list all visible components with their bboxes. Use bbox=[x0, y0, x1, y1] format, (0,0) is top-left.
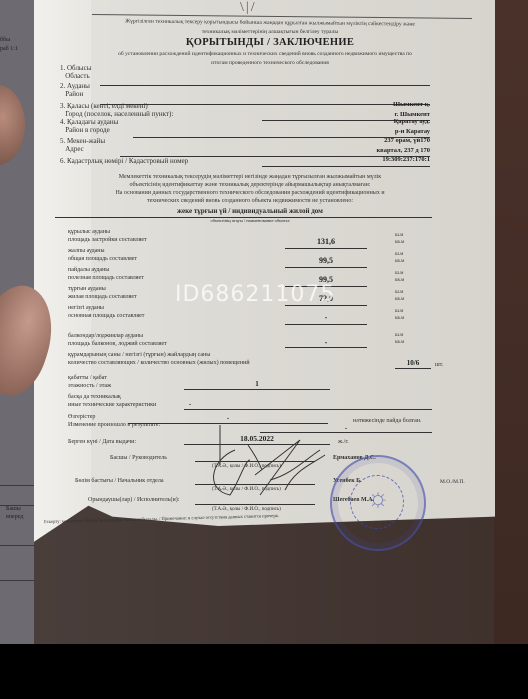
header-ru-line1: об установлении расхождений идентификаци… bbox=[55, 51, 475, 57]
unit-label: ш.м кв.м bbox=[395, 332, 404, 346]
address-value-kk: 237 орам, үй170 bbox=[330, 137, 430, 144]
city-district-value-ru: р-н Каратау bbox=[330, 128, 430, 135]
field-address: 5. Мекен-жайы Адрес bbox=[60, 137, 105, 153]
floors-value: 1 bbox=[184, 380, 330, 388]
total-area-value: 99,5 bbox=[285, 256, 367, 265]
area-row: пайдалы ауданыполезная площадь составляе… bbox=[68, 266, 144, 282]
field-line bbox=[262, 166, 430, 167]
value-line bbox=[285, 267, 367, 268]
header-ru-line2: итогам проведенного технического обследо… bbox=[60, 60, 480, 66]
watermark-id: ID686211075 bbox=[175, 282, 335, 307]
field-region: 1. Облысы Область bbox=[60, 64, 91, 80]
value-line bbox=[285, 324, 367, 325]
object-caption: объектінің атауы / наименование объекта bbox=[60, 218, 440, 223]
value-line bbox=[395, 368, 431, 369]
sheet-text: раб 1:1 bbox=[0, 46, 18, 52]
statement-ru-line2: технических сведений вновь созданного об… bbox=[70, 198, 430, 204]
cadastral-number: 19:309:237:170:1 bbox=[330, 156, 430, 163]
address-value-ru: квартал, 237 д 170 bbox=[330, 147, 430, 154]
value-line bbox=[285, 347, 367, 348]
unit-label: ш.м кв.м bbox=[395, 289, 404, 303]
area-row: негізгі ауданыосновная площадь составляе… bbox=[68, 304, 144, 320]
rooms-unit: шт. bbox=[435, 362, 443, 369]
official-stamp: ☼ bbox=[330, 455, 426, 551]
city-district-value-kk: Қаратау ауд. bbox=[330, 118, 430, 125]
sheet-text: ббы bbox=[0, 37, 10, 43]
value-line bbox=[285, 248, 367, 249]
statement-ru-line1: На основании данных государственного тех… bbox=[60, 190, 440, 196]
area-row: құрылыс ауданыплощадь застройки составля… bbox=[68, 228, 147, 244]
unit-label: ш.м кв.м bbox=[395, 251, 404, 265]
value-line bbox=[184, 389, 330, 390]
unit-label: ш.м кв.м bbox=[395, 270, 404, 284]
logo-sun-icon: \|/ bbox=[240, 0, 257, 16]
other-row: басқа да техникалықиные технические хара… bbox=[68, 393, 156, 409]
header-kk-line2: техникалық мәліметтерінің алшақтығын бел… bbox=[60, 29, 480, 35]
main-area-value: - bbox=[285, 313, 367, 322]
other-value: - bbox=[184, 400, 196, 408]
signature-role: Орындаушы(лар) / Исполнитель(и): bbox=[88, 496, 179, 504]
unit-label: ш.м кв.м bbox=[395, 308, 404, 322]
object-name: жеке тұрғын үй / индивидуальный жилой до… bbox=[60, 207, 440, 215]
handwritten-signature bbox=[200, 420, 330, 530]
area-row: тұрғын ауданыжилая площадь составляет bbox=[68, 285, 137, 301]
document-title: ҚОРЫТЫНДЫ / ЗАКЛЮЧЕНИЕ bbox=[60, 37, 480, 48]
field-line bbox=[100, 85, 430, 86]
area-row: балкондар/лоджиялар ауданыплощадь балкон… bbox=[68, 332, 167, 348]
value-line bbox=[184, 409, 432, 410]
signature-role: Басшы / Руководитель bbox=[110, 454, 167, 462]
built-area-value: 131,6 bbox=[285, 237, 367, 246]
field-district: 2. Ауданы Район bbox=[60, 82, 90, 98]
balcony-area-value: - bbox=[285, 338, 367, 347]
seal-label: М.О./М.П. bbox=[440, 478, 465, 486]
field-cadastral: 6. Кадастрлық нөмірі / Кадастровый номер bbox=[60, 157, 188, 165]
signature-role: Бөлім бастығы / Начальник отдела bbox=[75, 477, 164, 485]
unit-label: ш.м кв.м bbox=[395, 232, 404, 246]
area-row: жалпы ауданыобщая площадь составляет bbox=[68, 247, 137, 263]
sheet-text: вперед bbox=[6, 514, 23, 520]
city-value-kk: Шымкент қ. bbox=[330, 101, 430, 108]
city-value-ru: г. Шымкент bbox=[330, 111, 430, 118]
floors-row: қабатты / қабатэтажность / этаж bbox=[68, 374, 111, 390]
statement-kk-line2: объектісінің идентификаттау және техника… bbox=[70, 182, 430, 188]
statement-kk-line1: Мемлекеттік техникалық тексерудің мәліме… bbox=[70, 174, 430, 180]
wooden-table bbox=[494, 0, 528, 644]
rooms-value: 10/6 bbox=[395, 359, 431, 367]
stamp-sun-icon: ☼ bbox=[332, 483, 424, 513]
field-city: 3. Қаласы (кенті, елді мекені) Город (по… bbox=[60, 102, 173, 118]
sheet-text: Башы bbox=[6, 506, 21, 512]
issue-date-suffix: ж./г. bbox=[338, 438, 349, 446]
issue-date-label: Берген күні / Дата выдачи: bbox=[68, 438, 136, 446]
field-city-district: 4. Қаладағы ауданы Район в городе bbox=[60, 118, 118, 134]
rooms-row: құрамдарының саны / негізгі (тұрғын) жай… bbox=[68, 351, 250, 367]
